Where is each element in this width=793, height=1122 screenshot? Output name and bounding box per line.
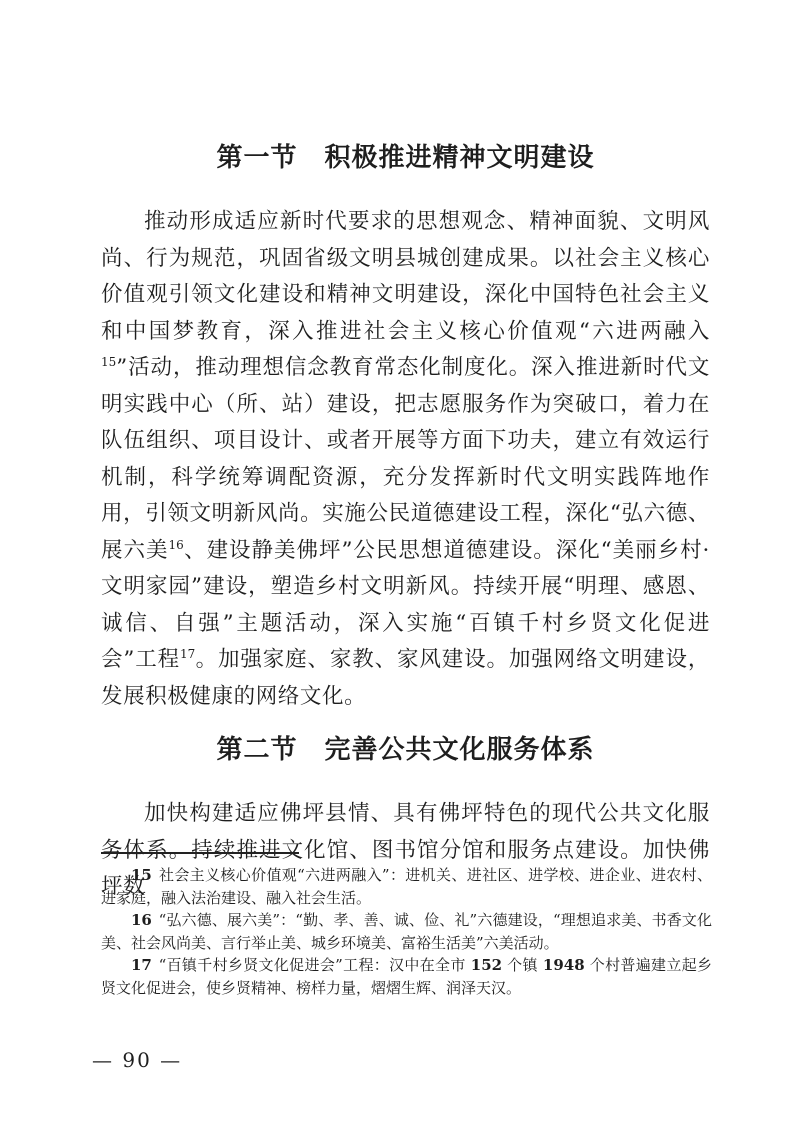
- section-1-text-2: ”活动，推动理想信念教育常态化制度化。深入推进新时代文明实践中心（所、站）建设，…: [101, 355, 710, 563]
- footnote-17-text-1: “百镇千村乡贤文化促进会”工程：汉中在全市: [159, 956, 471, 974]
- footnote-15-number: 15: [131, 866, 152, 884]
- footnote-15: 15社会主义核心价值观“六进两融入”：进机关、进社区、进学校、进企业、进农村、进…: [101, 864, 712, 909]
- footnote-ref-15: 15: [101, 355, 116, 369]
- footnote-16: 16“弘六德、展六美”：“勤、孝、善、诚、俭、礼”六德建设，“理想追求美、书香文…: [101, 909, 712, 954]
- footnote-ref-16: 16: [168, 537, 183, 551]
- footnote-17: 17“百镇千村乡贤文化促进会”工程：汉中在全市 152 个镇 1948 个村普遍…: [101, 954, 712, 999]
- footnote-17-count-villages: 1948: [543, 956, 585, 974]
- footnote-15-text: 社会主义核心价值观“六进两融入”：进机关、进社区、进学校、进企业、进农村、进家庭…: [101, 866, 712, 907]
- section-2-heading: 第二节 完善公共文化服务体系: [101, 735, 710, 765]
- footnote-ref-17: 17: [180, 647, 195, 661]
- section-1-text-1: 推动形成适应新时代要求的思想观念、精神面貌、文明风尚、行为规范，巩固省级文明县城…: [101, 209, 710, 344]
- footnote-divider: [101, 852, 299, 854]
- footnote-16-text: “弘六德、展六美”：“勤、孝、善、诚、俭、礼”六德建设，“理想追求美、书香文化美…: [101, 911, 712, 952]
- section-1-paragraph: 推动形成适应新时代要求的思想观念、精神面貌、文明风尚、行为规范，巩固省级文明县城…: [101, 204, 710, 715]
- footnotes-block: 15社会主义核心价值观“六进两融入”：进机关、进社区、进学校、进企业、进农村、进…: [101, 852, 712, 999]
- document-page: 第一节 积极推进精神文明建设 推动形成适应新时代要求的思想观念、精神面貌、文明风…: [0, 0, 793, 1122]
- section-1-heading: 第一节 积极推进精神文明建设: [101, 0, 710, 173]
- footnote-17-text-2: 个镇: [502, 956, 543, 974]
- page-number: — 90 —: [92, 1048, 182, 1072]
- footnote-17-count-towns: 152: [471, 956, 502, 974]
- footnote-16-number: 16: [131, 911, 152, 929]
- footnote-17-number: 17: [131, 956, 152, 974]
- page-content: 第一节 积极推进精神文明建设 推动形成适应新时代要求的思想观念、精神面貌、文明风…: [101, 0, 710, 906]
